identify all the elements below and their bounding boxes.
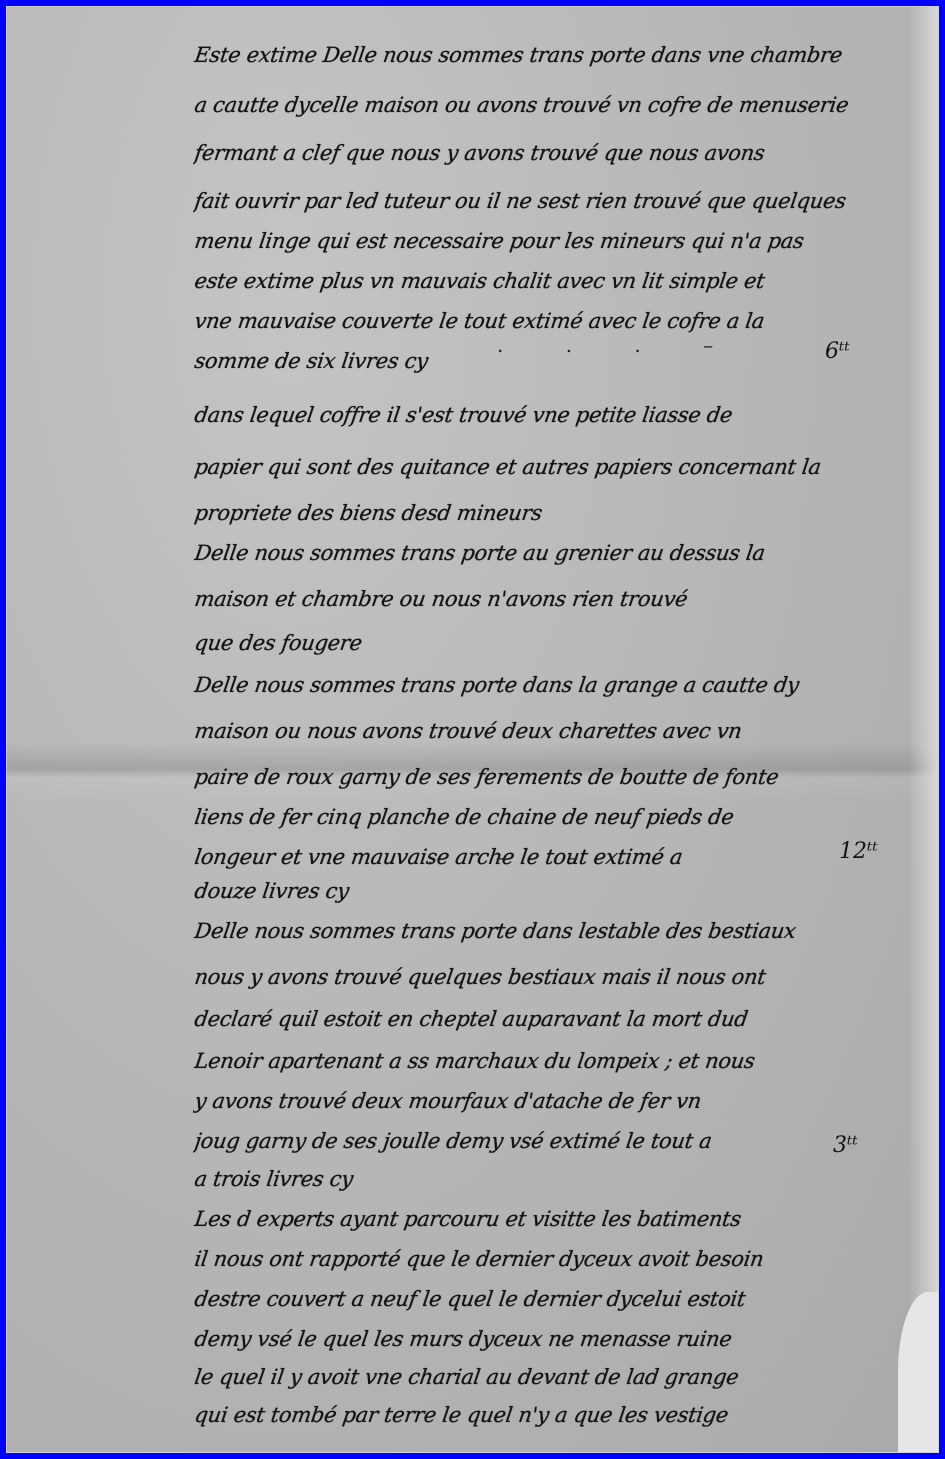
text-line: Delle nous sommes trans porte dans lesta… [193,919,926,943]
text-line: y avons trouvé deux mourfaux d'atache de… [193,1089,926,1113]
text-line: menu linge qui est necessaire pour les m… [193,229,926,253]
text-line: a trois livres cy [193,1167,416,1191]
text-line: liens de fer cinq planche de chaine de n… [193,805,926,829]
text-line: Lenoir apartenant a ss marchaux du lompe… [193,1049,926,1073]
text-line: papier qui sont des quitance et autres p… [193,455,926,479]
text-line: vne mauvaise couverte le tout extimé ave… [193,309,926,333]
text-line: destre couvert a neuf le quel le dernier… [193,1287,926,1311]
text-line: dans lequel coffre il s'est trouvé vne p… [193,403,926,427]
text-line: maison ou nous avons trouvé deux charett… [193,719,926,743]
text-line: propriete des biens desd mineurs [193,501,926,525]
text-line: qui est tombé par terre le quel n'y a qu… [193,1403,926,1427]
amount-three-livres: 3ᵗᵗ [833,1133,858,1158]
text-line: somme de six livres cy [193,349,476,373]
text-line: fermant a clef que nous y avons trouvé q… [193,141,926,165]
amount-six-livres: 6ᵗᵗ [825,339,850,364]
leader-dots: . – – [427,845,606,869]
amount-twelve-livres: 12ᵗᵗ [839,839,878,864]
text-line: nous y avons trouvé quelques bestiaux ma… [193,965,926,989]
manuscript-page: Este extime Delle nous sommes trans port… [6,6,939,1453]
text-line: fait ouvrir par led tuteur ou il ne sest… [193,189,926,213]
text-line: paire de roux garny de ses ferements de … [193,765,926,789]
text-line: maison et chambre ou nous n'avons rien t… [193,587,926,611]
text-line: douze livres cy [193,879,436,903]
text-line: a cautte dycelle maison ou avons trouvé … [193,93,926,117]
text-line: que des fougere [193,631,926,655]
leader-dots: . . . – [497,333,741,357]
text-line: le quel il y avoit vne charial au devant… [193,1365,926,1389]
text-line: demy vsé le quel les murs dyceux ne mena… [193,1327,926,1351]
text-line: Delle nous sommes trans porte au grenier… [193,541,926,565]
text-line: Este extime Delle nous sommes trans port… [193,43,926,67]
text-line: este extime plus vn mauvais chalit avec … [193,269,926,293]
text-line: Delle nous sommes trans porte dans la gr… [193,673,926,697]
text-line: declaré quil estoit en cheptel auparavan… [193,1007,926,1031]
text-line: Les d experts ayant parcouru et visitte … [193,1207,926,1231]
text-line: il nous ont rapporté que le dernier dyce… [193,1247,926,1271]
text-line: joug garny de ses joulle demy vsé extimé… [193,1129,926,1153]
